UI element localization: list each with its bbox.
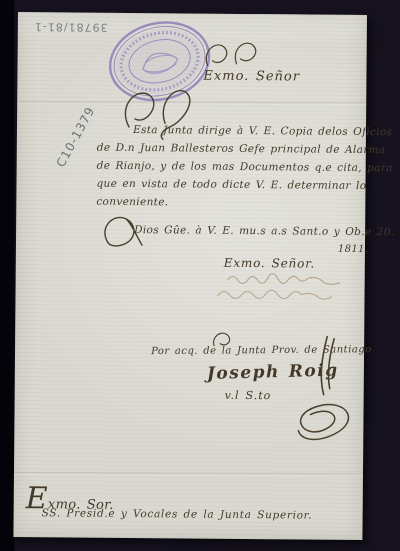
greeting: Exmo. Señor [203,70,300,85]
date-year: 1811. [338,244,368,255]
faint-annotation [213,270,363,311]
closing-salutation: Exmo. Señor. [224,257,315,271]
paper-crease [14,472,363,476]
paper-crease [17,101,366,105]
address-line-2: SS. Presid.e y Vocales de la Junta Super… [42,508,313,522]
body-line: conveniente. [96,197,168,209]
body-line: de Rianjo, y de los mas Documentos q.e c… [97,161,393,175]
signature-title: v.l S.to [225,390,272,403]
body-line: Esta Junta dirige à V. E. Copia delos Of… [133,125,393,139]
photographed-manuscript: 39781/81-1 C10-1379 Exmo. Señor E [0,0,400,551]
body-line: de D.n Juan Ballesteros Gefe principal d… [97,143,386,157]
archive-shelfmark: C10-1379 [55,105,98,170]
manuscript-page: 39781/81-1 C10-1379 Exmo. Señor E [13,12,367,540]
body-line: que en vista de todo dicte V. E. determi… [96,179,366,193]
date-line: Dios Gûe. à V. E. mu.s a.s Sant.o y Ob.e… [134,225,394,239]
signature-rubric [272,332,359,443]
